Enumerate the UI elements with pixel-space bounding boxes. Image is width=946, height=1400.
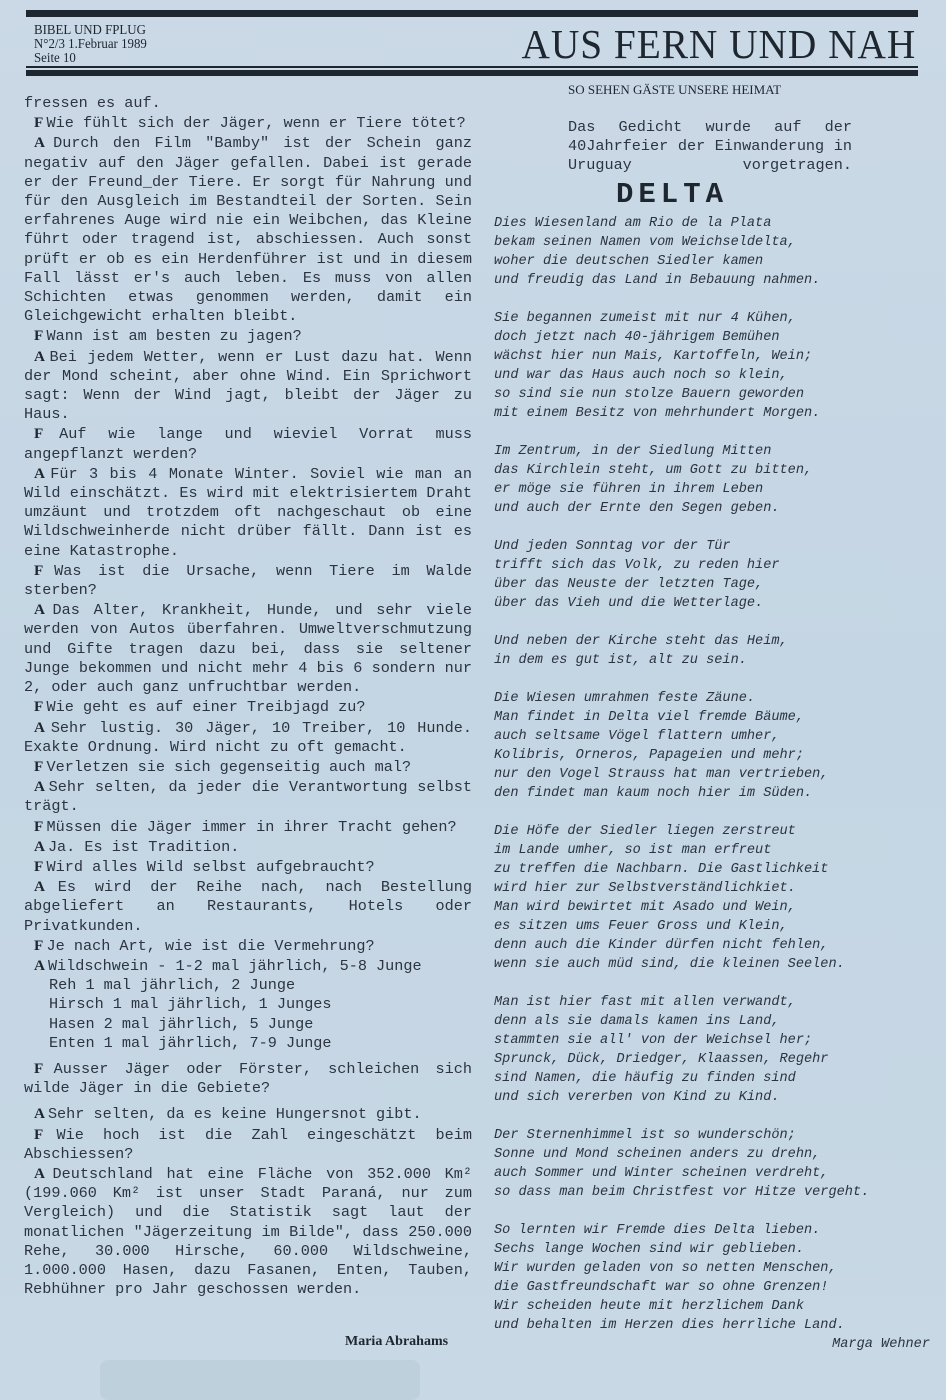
question: F Je nach Art, wie ist die Vermehrung?: [24, 936, 472, 956]
author-right: Marga Wehner: [832, 1337, 930, 1352]
answer: A Sehr selten, da es keine Hungersnot gi…: [24, 1104, 472, 1124]
answer-marker: A: [34, 465, 50, 482]
question-marker: F: [34, 425, 59, 442]
poem-line: wächst hier nun Mais, Kartoffeln, Wein;: [494, 347, 934, 366]
poem-line: im Lande umher, so ist man erfreut: [494, 841, 934, 860]
poem-line: nur den Vogel Strauss hat man vertrieben…: [494, 765, 934, 784]
answer: A Wildschwein - 1-2 mal jährlich, 5-8 Ju…: [24, 956, 472, 976]
answer-marker: A: [34, 838, 48, 855]
interview-article: fressen es auf.F Wie fühlt sich der Jäge…: [24, 94, 472, 1299]
answer-marker: A: [34, 134, 53, 151]
poem-line: Wir scheiden heute mit herzlichem Dank: [494, 1297, 934, 1316]
poem-line: es sitzen ums Feuer Gross und Klein,: [494, 917, 934, 936]
section-title: AUS FERN UND NAH: [521, 20, 916, 68]
answer: A Bei jedem Wetter, wenn er Lust dazu ha…: [24, 347, 472, 425]
answer-marker: A: [34, 778, 49, 795]
poem-line: über das Neuste der letzten Tage,: [494, 575, 934, 594]
poem-line: Die Höfe der Siedler liegen zerstreut: [494, 822, 934, 841]
question: F Wird alles Wild selbst aufgebraucht?: [24, 857, 472, 877]
poem-line: Man ist hier fast mit allen verwandt,: [494, 993, 934, 1012]
poem-line: zu treffen die Nachbarn. Die Gastlichkei…: [494, 860, 934, 879]
poem-title: DELTA: [616, 178, 728, 211]
poem-line: Dies Wiesenland am Rio de la Plata: [494, 214, 934, 233]
poem-line: Sprunck, Dück, Driedger, Klaassen, Regeh…: [494, 1050, 934, 1069]
answer: A Für 3 bis 4 Monate Winter. Soviel wie …: [24, 464, 472, 561]
paragraph-text: Das Alter, Krankheit, Hunde, und sehr vi…: [24, 601, 472, 696]
poem-line: Sechs lange Wochen sind wir geblieben.: [494, 1240, 934, 1259]
answer-marker: A: [34, 719, 51, 736]
poem-line: Sie begannen zumeist mit nur 4 Kühen,: [494, 309, 934, 328]
question-marker: F: [34, 758, 47, 775]
question-marker: F: [34, 1060, 54, 1077]
poem-kicker: SO SEHEN GÄSTE UNSERE HEIMAT: [568, 82, 781, 98]
poem-line: trifft sich das Volk, zu reden hier: [494, 556, 934, 575]
paragraph-text: Für 3 bis 4 Monate Winter. Soviel wie ma…: [24, 465, 472, 560]
paragraph-text: Verletzen sie sich gegenseitig auch mal?: [47, 758, 412, 776]
poem-line: die Gastfreundschaft war so ohne Grenzen…: [494, 1278, 934, 1297]
poem-stanza: Die Wiesen umrahmen feste Zäune.Man find…: [494, 689, 934, 803]
poem-line: bekam seinen Namen vom Weichseldelta,: [494, 233, 934, 252]
answer-marker: A: [34, 348, 49, 365]
poem-line: das Kirchlein steht, um Gott zu bitten,: [494, 461, 934, 480]
paragraph-text: Je nach Art, wie ist die Vermehrung?: [47, 937, 375, 955]
paragraph-text: Wie fühlt sich der Jäger, wenn er Tiere …: [47, 114, 466, 132]
publication-name: BIBEL UND FPLUG: [34, 24, 147, 38]
poem-line: und sich vererben von Kind zu Kind.: [494, 1088, 934, 1107]
paragraph-text: Sehr selten, da es keine Hungersnot gibt…: [48, 1105, 422, 1123]
question-marker: F: [34, 1126, 57, 1143]
poem-line: wenn sie auch müd sind, die kleinen Seel…: [494, 955, 934, 974]
poem-line: auch Sommer und Winter scheinen verdreht…: [494, 1164, 934, 1183]
question-marker: F: [34, 818, 47, 835]
list-item: Enten 1 mal jährlich, 7-9 Junge: [24, 1034, 472, 1053]
question-marker: F: [34, 937, 47, 954]
paragraph-text: Wird alles Wild selbst aufgebraucht?: [47, 858, 375, 876]
poem-line: Man wird bewirtet mit Asado und Wein,: [494, 898, 934, 917]
poem-line: Kolibris, Orneros, Papageien und mehr;: [494, 746, 934, 765]
question: F Wann ist am besten zu jagen?: [24, 326, 472, 346]
poem-line: so sind sie nun stolze Bauern geworden: [494, 385, 934, 404]
poem-line: denn als sie damals kamen ins Land,: [494, 1012, 934, 1031]
poem-line: mit einem Besitz von mehrhundert Morgen.: [494, 404, 934, 423]
poem-line: Sonne und Mond scheinen anders zu drehn,: [494, 1145, 934, 1164]
paragraph-text: Sehr lustig. 30 Jäger, 10 Treiber, 10 Hu…: [24, 719, 472, 756]
question-marker: F: [34, 327, 47, 344]
poem-line: woher die deutschen Siedler kamen: [494, 252, 934, 271]
poem-stanza: Sie begannen zumeist mit nur 4 Kühen,doc…: [494, 309, 934, 423]
poem-line: und war das Haus auch noch so klein,: [494, 366, 934, 385]
masthead-rule-top: [26, 10, 918, 17]
poem-stanza: Die Höfe der Siedler liegen zerstreutim …: [494, 822, 934, 974]
answer: A Das Alter, Krankheit, Hunde, und sehr …: [24, 600, 472, 697]
newspaper-page: BIBEL UND FPLUG N°2/3 1.Februar 1989 Sei…: [0, 0, 946, 1400]
poem-stanza: So lernten wir Fremde dies Delta lieben.…: [494, 1221, 934, 1335]
author-left: Maria Abrahams: [345, 1334, 448, 1350]
answer-marker: A: [34, 957, 48, 974]
poem-stanza: Dies Wiesenland am Rio de la Platabekam …: [494, 214, 934, 290]
poem-line: Man findet in Delta viel fremde Bäume,: [494, 708, 934, 727]
paragraph-text: Ausser Jäger oder Förster, schleichen si…: [24, 1060, 472, 1097]
question-marker: F: [34, 858, 47, 875]
paragraph-text: Es wird der Reihe nach, nach Bestellung …: [24, 878, 472, 934]
poem-line: stammten sie all' von der Weichsel her;: [494, 1031, 934, 1050]
poem-stanza: Und jeden Sonntag vor der Türtrifft sich…: [494, 537, 934, 613]
poem-line: Die Wiesen umrahmen feste Zäune.: [494, 689, 934, 708]
poem-line: er möge sie führen in ihrem Leben: [494, 480, 934, 499]
poem-line: doch jetzt nach 40-jährigem Bemühen: [494, 328, 934, 347]
poem-line: über das Vieh und die Wetterlage.: [494, 594, 934, 613]
paragraph: fressen es auf.: [24, 94, 472, 113]
poem-line: und behalten im Herzen dies herrliche La…: [494, 1316, 934, 1335]
poem-line: Der Sternenhimmel ist so wunderschön;: [494, 1126, 934, 1145]
answer-marker: A: [34, 601, 53, 618]
answer: A Sehr lustig. 30 Jäger, 10 Treiber, 10 …: [24, 718, 472, 757]
poem-line: auch seltsame Vögel flattern umher,: [494, 727, 934, 746]
question: F Verletzen sie sich gegenseitig auch ma…: [24, 757, 472, 777]
paragraph-text: Durch den Film "Bamby" ist der Schein ga…: [24, 134, 472, 325]
poem-stanza: Man ist hier fast mit allen verwandt,den…: [494, 993, 934, 1107]
paragraph-text: fressen es auf.: [24, 94, 161, 112]
paragraph-text: Was ist die Ursache, wenn Tiere im Walde…: [24, 562, 472, 599]
bleed-through-shadow: [100, 1360, 420, 1400]
paragraph-text: Deutschland hat eine Fläche von 352.000 …: [24, 1165, 472, 1298]
paragraph-text: Ja. Es ist Tradition.: [48, 838, 239, 856]
question: F Wie geht es auf einer Treibjagd zu?: [24, 697, 472, 717]
answer-marker: A: [34, 878, 58, 895]
paragraph-text: Bei jedem Wetter, wenn er Lust dazu hat.…: [24, 348, 472, 424]
paragraph-text: Wann ist am besten zu jagen?: [47, 327, 302, 345]
poem-line: denn auch die Kinder dürfen nicht fehlen…: [494, 936, 934, 955]
list-item: Hasen 2 mal jährlich, 5 Junge: [24, 1015, 472, 1034]
answer-marker: A: [34, 1105, 48, 1122]
poem-line: Und jeden Sonntag vor der Tür: [494, 537, 934, 556]
poem-line: in dem es gut ist, alt zu sein.: [494, 651, 934, 670]
answer: A Sehr selten, da jeder die Verantwortun…: [24, 777, 472, 816]
issue-date: N°2/3 1.Februar 1989: [34, 38, 147, 52]
poem-line: sind Namen, die häufig zu finden sind: [494, 1069, 934, 1088]
poem-line: und freudig das Land in Bebauung nahmen.: [494, 271, 934, 290]
poem-stanza: Im Zentrum, in der Siedlung Mittendas Ki…: [494, 442, 934, 518]
poem-body: Dies Wiesenland am Rio de la Platabekam …: [494, 214, 934, 1354]
answer: A Es wird der Reihe nach, nach Bestellun…: [24, 877, 472, 936]
list-item: Reh 1 mal jährlich, 2 Junge: [24, 976, 472, 995]
poem-line: So lernten wir Fremde dies Delta lieben.: [494, 1221, 934, 1240]
question: F Was ist die Ursache, wenn Tiere im Wal…: [24, 561, 472, 600]
question: F Wie fühlt sich der Jäger, wenn er Tier…: [24, 113, 472, 133]
poem-intro: Das Gedicht wurde auf der 40Jahrfeier de…: [568, 118, 852, 175]
poem-stanza: Der Sternenhimmel ist so wunderschön;Son…: [494, 1126, 934, 1202]
poem-line: und auch der Ernte den Segen geben.: [494, 499, 934, 518]
answer: A Ja. Es ist Tradition.: [24, 837, 472, 857]
poem-line: wird hier zur Selbstverständlichkiet.: [494, 879, 934, 898]
question-marker: F: [34, 114, 47, 131]
masthead-rule-thin: [26, 66, 918, 68]
paragraph-text: Müssen die Jäger immer in ihrer Tracht g…: [47, 818, 457, 836]
answer: A Deutschland hat eine Fläche von 352.00…: [24, 1164, 472, 1299]
answer-marker: A: [34, 1165, 53, 1182]
poem-line: so dass man beim Christfest vor Hitze ve…: [494, 1183, 934, 1202]
question: F Auf wie lange und wieviel Vorrat muss …: [24, 424, 472, 463]
masthead-info: BIBEL UND FPLUG N°2/3 1.Februar 1989 Sei…: [34, 24, 147, 66]
paragraph-text: Auf wie lange und wieviel Vorrat muss an…: [24, 425, 472, 462]
paragraph-text: Wie geht es auf einer Treibjagd zu?: [47, 698, 366, 716]
poem-line: Wir wurden geladen von so netten Mensche…: [494, 1259, 934, 1278]
page-number: Seite 10: [34, 52, 147, 66]
question-marker: F: [34, 562, 54, 579]
poem-line: den findet man kaum noch hier im Süden.: [494, 784, 934, 803]
question-marker: F: [34, 698, 47, 715]
paragraph-text: Wildschwein - 1-2 mal jährlich, 5-8 Jung…: [48, 957, 422, 975]
poem-line: Im Zentrum, in der Siedlung Mitten: [494, 442, 934, 461]
answer: A Durch den Film "Bamby" ist der Schein …: [24, 133, 472, 326]
masthead-rule-bottom: [26, 70, 918, 76]
question: F Ausser Jäger oder Förster, schleichen …: [24, 1059, 472, 1098]
poem-stanza: Und neben der Kirche steht das Heim,in d…: [494, 632, 934, 670]
paragraph-text: Wie hoch ist die Zahl eingeschätzt beim …: [24, 1126, 472, 1163]
list-item: Hirsch 1 mal jährlich, 1 Junges: [24, 995, 472, 1014]
question: F Müssen die Jäger immer in ihrer Tracht…: [24, 817, 472, 837]
poem-line: Und neben der Kirche steht das Heim,: [494, 632, 934, 651]
question: F Wie hoch ist die Zahl eingeschätzt bei…: [24, 1125, 472, 1164]
paragraph-text: Sehr selten, da jeder die Verantwortung …: [24, 778, 472, 815]
